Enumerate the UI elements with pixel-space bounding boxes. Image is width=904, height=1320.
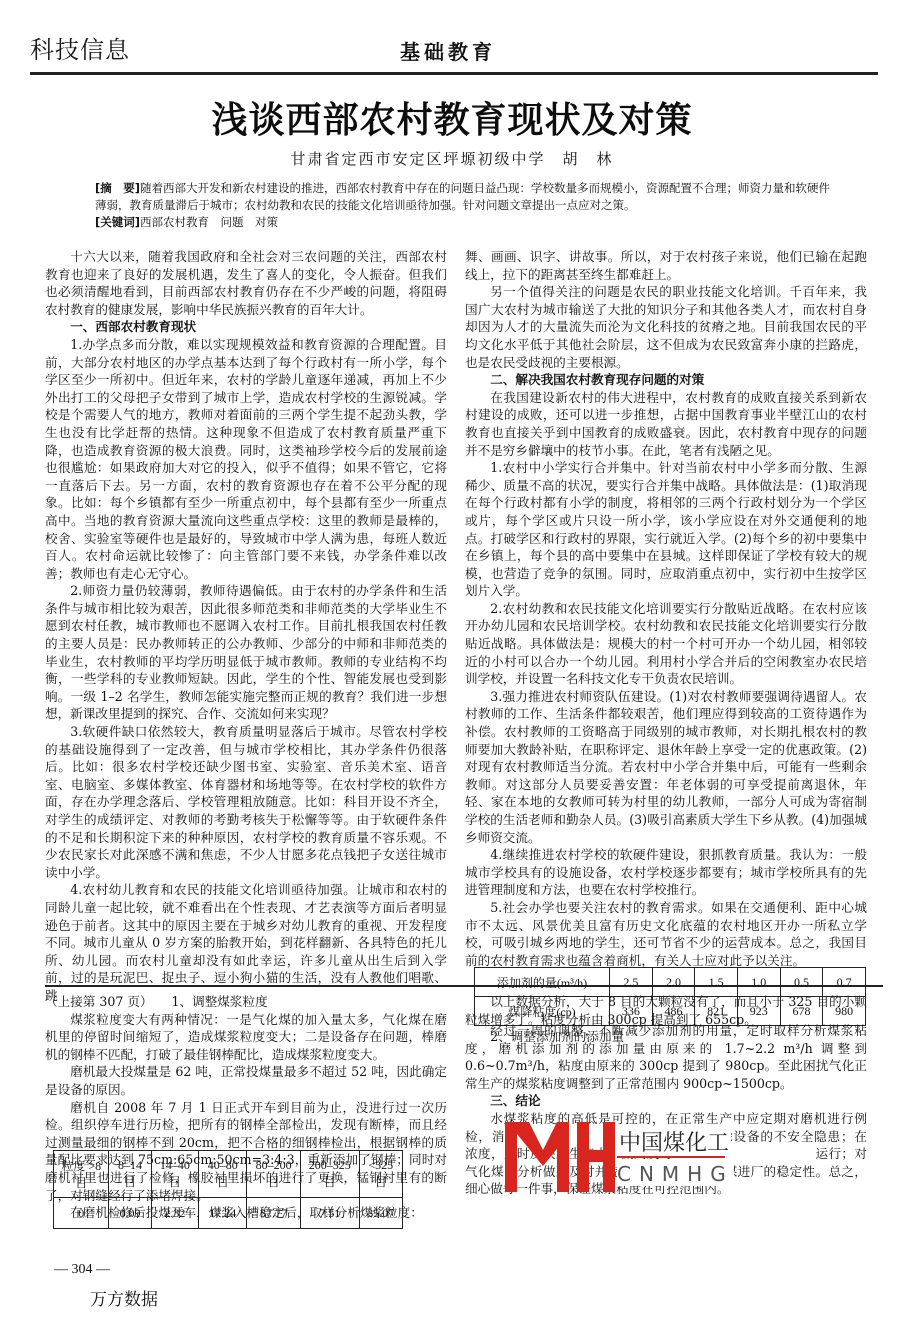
table-header-cell: 40–80 目 bbox=[199, 1151, 247, 1198]
abstract-block: [摘 要]随着西部大开发和新农村建设的推进，西部农村教育中存在的问题日益凸现：学… bbox=[95, 180, 835, 231]
table-cell: 17.24 bbox=[199, 1198, 247, 1229]
table-header-cell: 200–325 目 bbox=[300, 1151, 359, 1198]
paragraph: 2.农村幼教和农民技能文化培训要实行分散贴近战略。在农村应该开办幼儿园和农民培训… bbox=[465, 600, 867, 688]
paragraph: 舞、画画、识字、讲故事。所以，对于农村孩子来说，他们已输在起跑线上，拉下的距离甚… bbox=[465, 248, 867, 283]
logo-chinese-text: 中国煤化工 bbox=[617, 1126, 731, 1157]
table-cell: 2.32 bbox=[151, 1198, 199, 1229]
footer-watermark: 万方数据 bbox=[90, 1285, 158, 1310]
abstract-text: 随着西部大开发和新农村建设的推进，西部农村教育中存在的问题日益凸现：学校数量多而… bbox=[95, 181, 830, 212]
table-cell: 0.5 bbox=[780, 968, 823, 997]
article-title: 浅谈西部农村教育现状及对策 bbox=[0, 92, 904, 143]
paragraph: 经过一周的调整，不断减少添加剂的用量，定时取样分析煤浆粘度，磨机添加剂的添加量由… bbox=[465, 1022, 867, 1092]
table-row: 0 0.09 2.32 17.24 37.77 7.51 35.07 bbox=[54, 1198, 403, 1229]
table-cell: 0 bbox=[54, 1198, 109, 1229]
paragraph: 十六大以来，随着我国政府和全社会对三农问题的关注，西部农村教育也迎来了良好的发展… bbox=[45, 248, 447, 318]
section-heading: 三、结论 bbox=[465, 1092, 867, 1110]
table-cell: 37.77 bbox=[247, 1198, 301, 1229]
mh-logo-icon bbox=[505, 1122, 615, 1192]
logo-english-text: CNMHG bbox=[617, 1162, 734, 1186]
abstract: [摘 要]随着西部大开发和新农村建设的推进，西部农村教育中存在的问题日益凸现：学… bbox=[95, 180, 835, 214]
table-cell: 2.5 bbox=[610, 968, 653, 997]
additive-table: 添加剂的量(m³/h) 2.5 2.0 1.5 1.0 0.5 0.7 煤降粘度… bbox=[474, 967, 866, 1026]
paragraph: 2.师资力量仍较薄弱，教师待遇偏低。由于农村的办学条件和生活条件与城市相比较为艰… bbox=[45, 582, 447, 723]
paragraph: 在我国建设新农村的伟大进程中，农村教育的成败直接关系到新农村建设的成败，还可以进… bbox=[465, 389, 867, 459]
table-header-cell: 14–40 目 bbox=[151, 1151, 199, 1198]
keywords: [关键词]西部农村教育 问题 对策 bbox=[95, 214, 835, 231]
abstract-label: [摘 要] bbox=[95, 181, 140, 195]
table-header-cell: <325 目 bbox=[359, 1151, 403, 1198]
paragraph: 4.继续推进农村学校的软硬件建设，狠抓教育质量。我认为：一般城市学校具有的设施设… bbox=[465, 846, 867, 899]
watermark-logo: 中国煤化工 CNMHG bbox=[505, 1122, 735, 1200]
journal-name: 科技信息 bbox=[30, 30, 130, 65]
paragraph: 3.强力推进农村师资队伍建设。(1)对农村教师要强调待遇留人。农村教师的工作、生… bbox=[465, 688, 867, 846]
section-heading: 一、西部农村教育现状 bbox=[45, 318, 447, 336]
table-cell: 1.5 bbox=[695, 968, 738, 997]
particle-size-table: 粒度 >8 目 8–14 目 14–40 目 40–80 目 80–200 目 … bbox=[53, 1150, 403, 1229]
paragraph: 另一个值得关注的问题是农民的职业技能文化培训。千百年来，我国广大农村为城市输送了… bbox=[465, 283, 867, 371]
paragraph: 3.软硬件缺口依然较大，教育质量明显落后于城市。尽管农村学校的基础设施得到了一定… bbox=[45, 723, 447, 881]
table-row: 添加剂的量(m³/h) 2.5 2.0 1.5 1.0 0.5 0.7 bbox=[475, 968, 866, 997]
keywords-text: 西部农村教育 问题 对策 bbox=[140, 215, 278, 229]
author-line: 甘肃省定西市安定区坪塬初级中学 胡 林 bbox=[0, 148, 904, 169]
paragraph: 1.办学点多而分散，难以实现规模效益和教育资源的合理配置。目前，大部分农村地区的… bbox=[45, 336, 447, 582]
paragraph: 5.社会办学也要关注农村的教育需求。如果在交通便利、距中心城市不太远、风景优美且… bbox=[465, 899, 867, 969]
right-column: 舞、画画、识字、讲故事。所以，对于农村孩子来说，他们已输在起跑线上，拉下的距离甚… bbox=[465, 248, 867, 969]
table-cell: 7.51 bbox=[300, 1198, 359, 1229]
table-header-cell: 80–200 目 bbox=[247, 1151, 301, 1198]
table-cell: 2.0 bbox=[652, 968, 695, 997]
paragraph: 1.农村中小学实行合并集中。针对当前农村中小学多而分散、生源稀少、质量不高的状况… bbox=[465, 459, 867, 600]
table-row-label: 添加剂的量(m³/h) bbox=[475, 968, 610, 997]
paragraph: 磨机最大投煤量是 62 吨，正常投煤量最多不超过 52 吨，因此确定是设备的原因… bbox=[45, 1063, 447, 1098]
section-name: 基础教育 bbox=[400, 36, 496, 65]
table-header-row: 粒度 >8 目 8–14 目 14–40 目 40–80 目 80–200 目 … bbox=[54, 1151, 403, 1198]
table-cell: 0.09 bbox=[109, 1198, 151, 1229]
table-cell: 0.7 bbox=[823, 968, 866, 997]
table-header-cell: 8–14 目 bbox=[109, 1151, 151, 1198]
section-heading: 二、解决我国农村教育现存问题的对策 bbox=[465, 371, 867, 389]
table-header-cell: 粒度 >8 目 bbox=[54, 1151, 109, 1198]
continued-intro: （上接第 307 页） 1、调整煤浆粒度 bbox=[45, 993, 447, 1011]
logo-underline bbox=[617, 1156, 725, 1158]
header-rule bbox=[30, 72, 878, 75]
keywords-label: [关键词] bbox=[95, 215, 140, 229]
paragraph: 煤浆粒度变大有两种情况：一是气化煤的加入量太多，气化煤在磨机里的停留时间缩短了，… bbox=[45, 1011, 447, 1064]
table-cell: 1.0 bbox=[737, 968, 780, 997]
table-cell: 35.07 bbox=[359, 1198, 403, 1229]
page-number: — 304 — bbox=[54, 1262, 110, 1278]
left-column: 十六大以来，随着我国政府和全社会对三农问题的关注，西部农村教育也迎来了良好的发展… bbox=[45, 248, 447, 1005]
